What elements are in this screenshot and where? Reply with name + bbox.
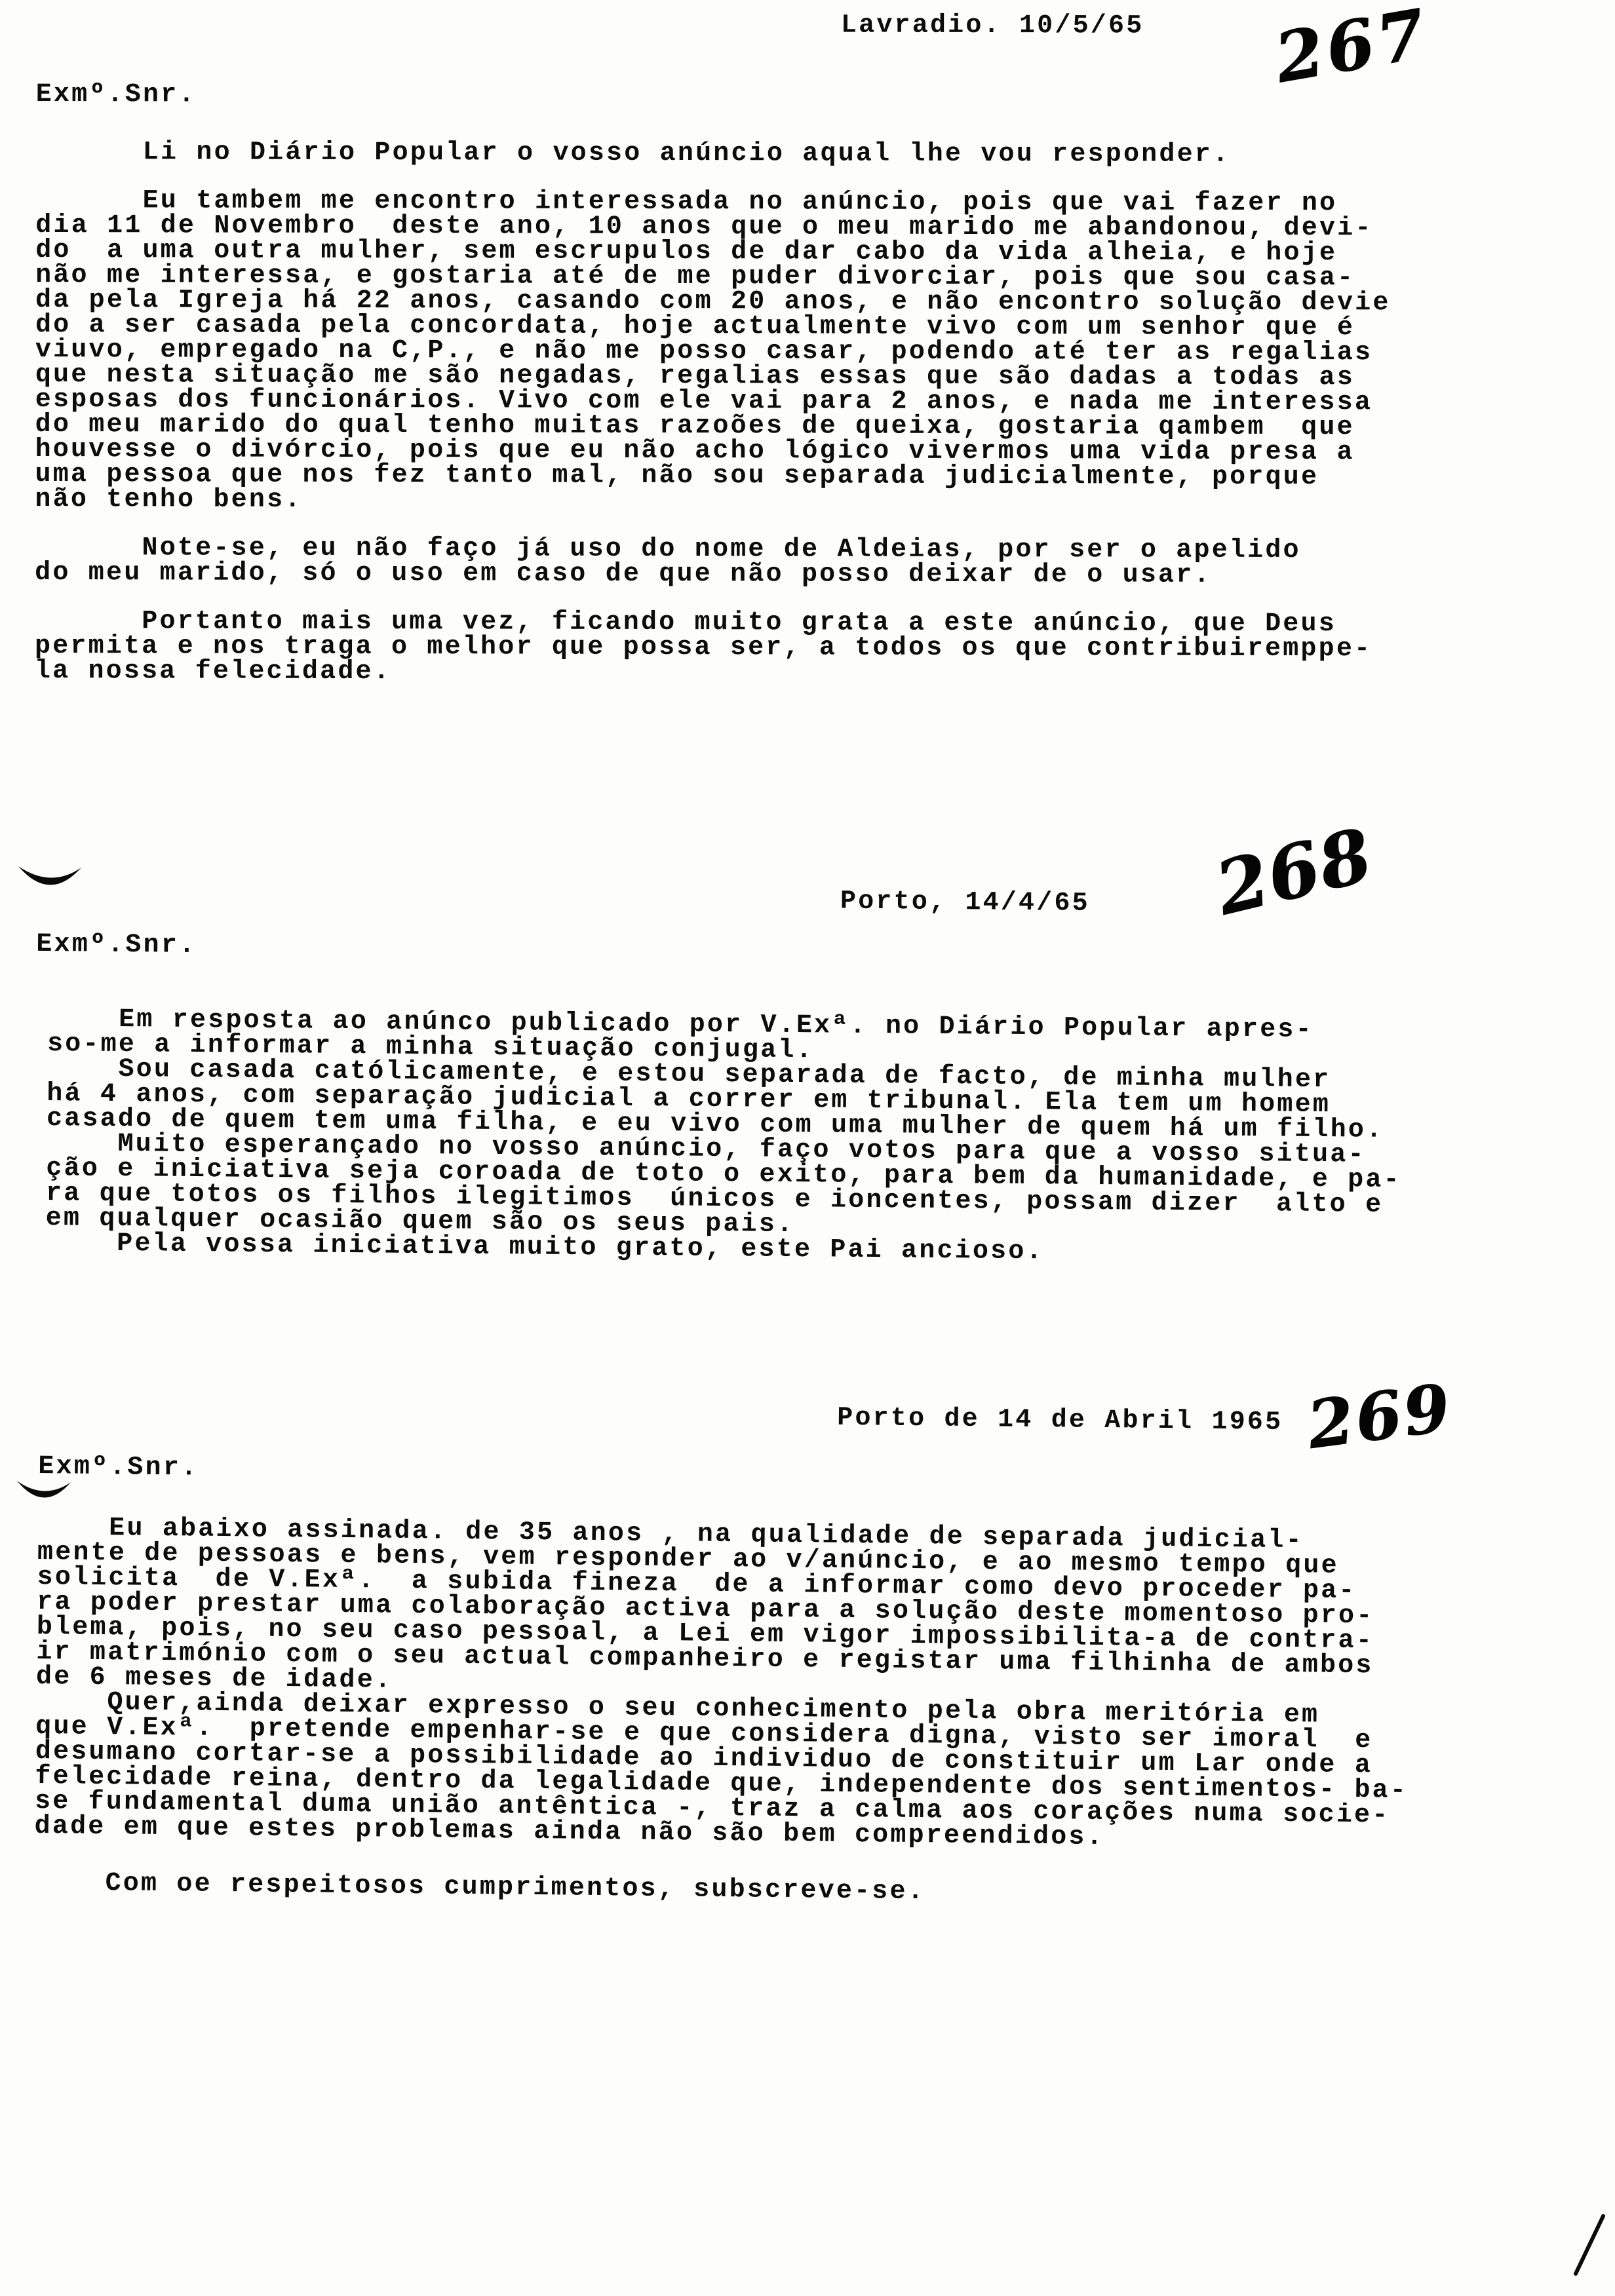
page-number-handwritten: 269 bbox=[1303, 1369, 1456, 1464]
letter-body: Eu abaixo assinada. de 35 anos , na qual… bbox=[34, 1516, 1411, 1910]
body-line: Com oe respeitosos cumprimentos, subscre… bbox=[34, 1871, 1407, 1910]
salutation: Exmº.Snr. bbox=[36, 83, 197, 108]
salutation: Exmº.Snr. bbox=[38, 1455, 199, 1482]
paragraph: Eu abaixo assinada. de 35 anos , na qual… bbox=[36, 1516, 1411, 1704]
paragraph: Portanto mais uma vez, ficando muito gra… bbox=[35, 609, 1390, 687]
letter-date: Lavradio. 10/5/65 bbox=[841, 14, 1144, 39]
paragraph: Note-se, eu não faço já uso do nome de A… bbox=[35, 536, 1390, 588]
body-line: do meu marido, só o uso em caso de que n… bbox=[35, 561, 1390, 588]
letter-1: Lavradio. 10/5/65 267 Exmº.Snr. Li no Di… bbox=[35, 12, 1465, 749]
letter-body: Em resposta ao anúnco publicado por V.Ex… bbox=[45, 1007, 1403, 1268]
letter-date: Porto, 14/4/65 bbox=[840, 890, 1090, 917]
letter-3: Porto de 14 de Abril 1965 269 Exmº.Snr. … bbox=[33, 1366, 1475, 1945]
paragraph: Muito esperançado no vosso anúncio, faço… bbox=[46, 1132, 1402, 1243]
letter-body: Li no Diário Popular o vosso anúncio aqu… bbox=[35, 140, 1391, 687]
body-line: Li no Diário Popular o vosso anúncio aqu… bbox=[36, 140, 1391, 168]
salutation: Exmº.Snr. bbox=[36, 932, 197, 959]
letter-2: Porto, 14/4/65 268 Exmº.Snr. Em resposta… bbox=[45, 822, 1478, 1293]
page-number-handwritten: 267 bbox=[1269, 0, 1435, 98]
paragraph: Eu tambem me encontro interessada no anú… bbox=[35, 189, 1391, 515]
paragraph: Li no Diário Popular o vosso anúncio aqu… bbox=[36, 140, 1391, 168]
letter-date: Porto de 14 de Abril 1965 bbox=[837, 1406, 1283, 1436]
paragraph: Quer,ainda deixar expresso o seu conheci… bbox=[34, 1690, 1409, 1854]
scanned-document-page: Lavradio. 10/5/65 267 Exmº.Snr. Li no Di… bbox=[0, 0, 1615, 2296]
page-number-handwritten: 268 bbox=[1207, 812, 1380, 932]
paragraph: Com oe respeitosos cumprimentos, subscre… bbox=[34, 1871, 1407, 1910]
slash-mark bbox=[1570, 2212, 1608, 2278]
